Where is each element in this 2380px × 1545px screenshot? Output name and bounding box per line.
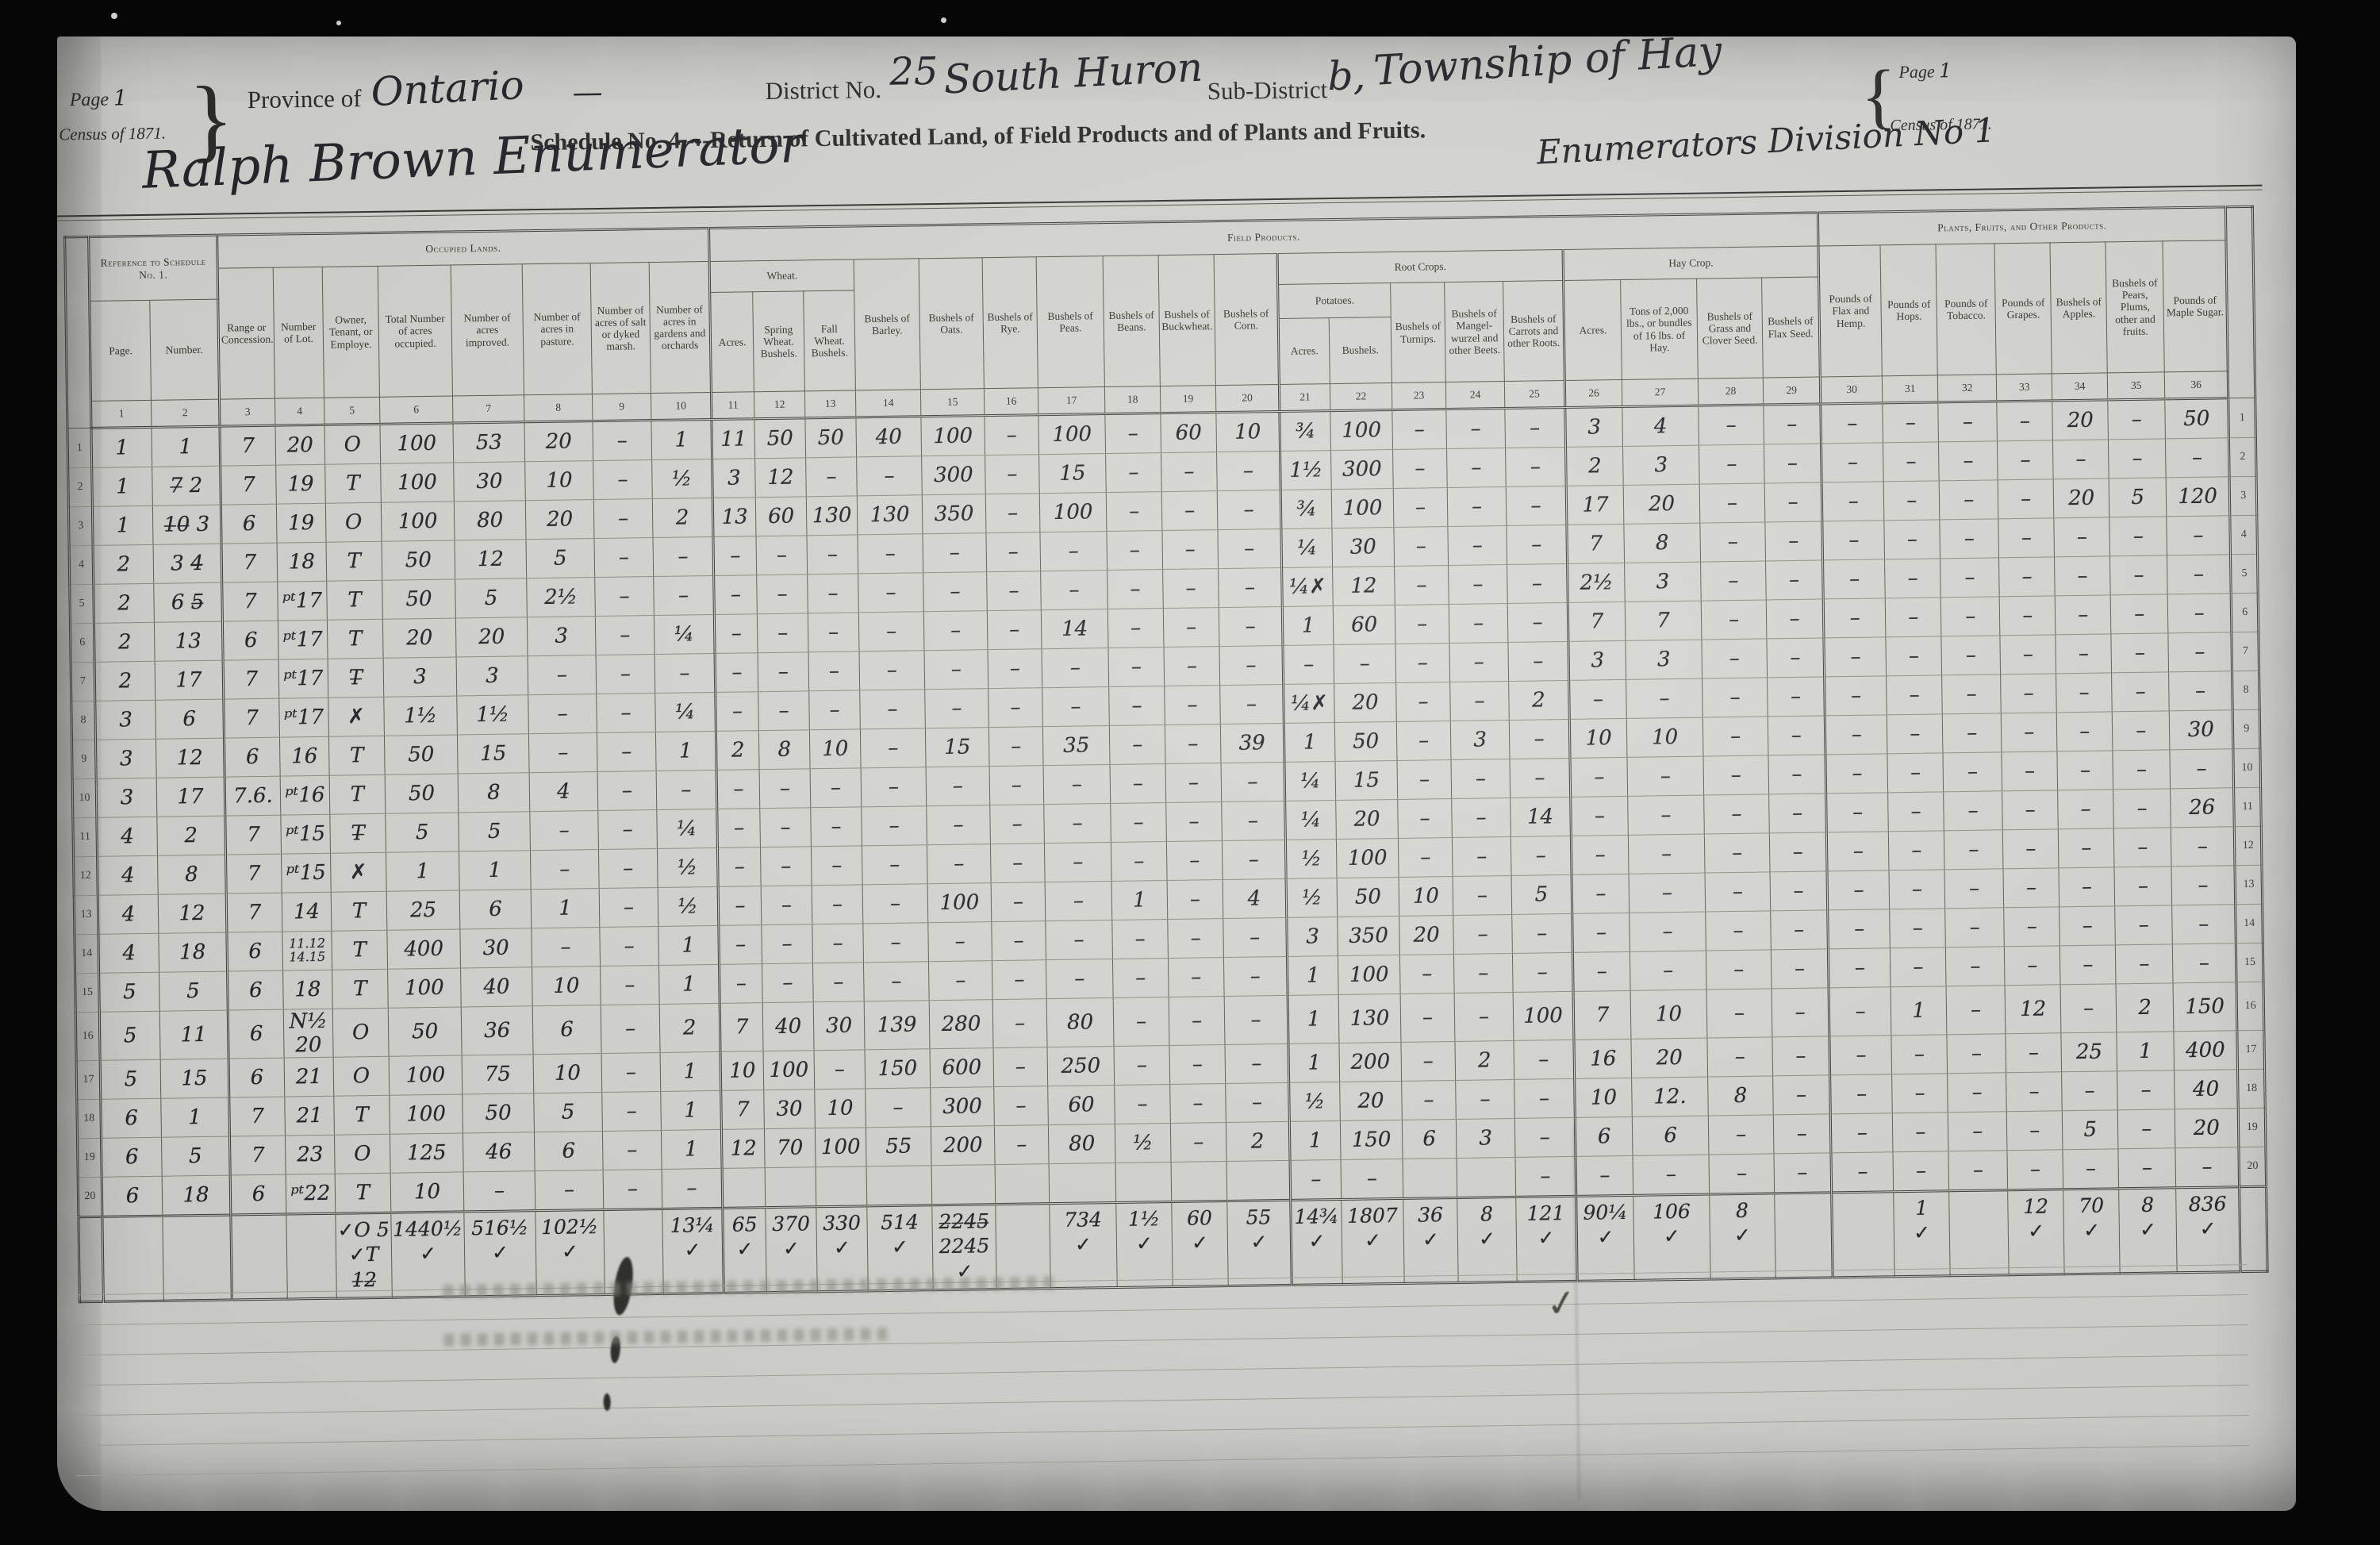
cell-col13: – (812, 924, 864, 963)
cell-col16: – (992, 921, 1046, 961)
cell-col5: ✗ (331, 852, 387, 892)
row-number-right: 1 (2228, 398, 2256, 437)
province-label: Province of (247, 84, 361, 114)
cell-col34: – (2059, 867, 2115, 907)
col-header-potato-acres: Acres. (1278, 318, 1330, 385)
cell-col11: – (716, 770, 760, 809)
cell-col9: – (602, 1130, 662, 1170)
cell-col5: T (325, 463, 382, 503)
cell-col33: – (2003, 829, 2059, 869)
cell-col32: – (1946, 986, 2006, 1035)
cell-col19: – (1166, 841, 1223, 881)
cell-col34: – (2053, 440, 2109, 479)
cell-col21: ½ (1289, 1082, 1341, 1122)
cell-col16: – (989, 766, 1044, 805)
cell-col18: – (1109, 725, 1165, 765)
cell-col22: 15 (1335, 760, 1398, 800)
cell-col1: 6 (101, 1137, 162, 1177)
cell-col27: 20 (1631, 1038, 1708, 1078)
cell-col5: T̶ (330, 813, 386, 853)
cell-col6: 10 (390, 1172, 464, 1213)
cell-col26: 6 (1575, 1116, 1633, 1156)
cell-col5: O (332, 1008, 389, 1057)
cell-col13: – (812, 885, 863, 924)
cell-col31: – (1887, 753, 1944, 793)
cell-col22: 60 (1333, 605, 1395, 644)
cell-col11: 10 (720, 1051, 764, 1091)
cell-col8: 3 (527, 617, 596, 656)
cell-col27: – (1630, 951, 1706, 990)
cell-col34: – (2055, 595, 2111, 635)
cell-col35: 1 (2117, 1032, 2175, 1071)
cell-col9: – (593, 421, 652, 461)
cell-col3: 7 (221, 543, 278, 582)
cell-col3: 6 (228, 970, 284, 1010)
cell-col25: – (1510, 758, 1571, 797)
cell-col8: – (535, 1170, 604, 1210)
col-header-hay-acres: Acres. (1564, 279, 1622, 380)
cell-col3: 6 (230, 1174, 286, 1215)
cell-col18: 1 (1111, 881, 1168, 920)
cell-col31: – (1888, 792, 1944, 832)
cell-col20: – (1222, 840, 1286, 879)
cell-col36: 20 (2175, 1109, 2239, 1148)
cell-col32: – (1942, 713, 2002, 753)
col-header-page: Page. (90, 300, 152, 401)
cell-col31: – (1883, 402, 1939, 443)
cell-col21: ½ (1286, 878, 1338, 918)
cell-col11: 13 (712, 498, 756, 537)
cell-col29: – (1771, 910, 1829, 950)
cell-col11: – (713, 536, 757, 576)
cell-col4: 18 (277, 542, 327, 582)
cell-col15: – (926, 767, 990, 806)
total-col36: 836 ✓ (2176, 1187, 2241, 1273)
cell-col23: – (1399, 954, 1454, 993)
cell-col10: 1 (655, 731, 716, 771)
cell-col18: – (1107, 531, 1163, 571)
cell-col7: 8 (458, 773, 530, 813)
col-header-pasture: Number of acres in pasture. (522, 263, 592, 395)
row-number-left: 8 (71, 701, 96, 740)
cell-col23: – (1400, 993, 1455, 1042)
cell-col22: 50 (1337, 877, 1399, 917)
cell-col20: 10 (1216, 411, 1280, 452)
cell-col17: 15 (1039, 454, 1107, 494)
cell-col21: 3 (1287, 917, 1338, 957)
cell-col16: – (988, 727, 1043, 767)
cell-col12: – (762, 924, 813, 964)
cell-col24: – (1450, 681, 1510, 721)
total-col25: 121 ✓ (1516, 1196, 1577, 1282)
cell-col6: 100 (388, 968, 462, 1008)
cell-col23: – (1396, 721, 1451, 761)
cell-col5: T (326, 541, 382, 581)
row-number-right: 19 (2238, 1108, 2266, 1147)
cell-col30: – (1823, 598, 1886, 638)
cell-col6: 20 (382, 618, 456, 658)
row-number-left: 15 (75, 973, 100, 1012)
cell-col5: T (334, 1095, 390, 1135)
cell-col25: – (1514, 1078, 1576, 1118)
col-header-lot: Number of Lot. (273, 267, 324, 398)
cell-col23: – (1396, 682, 1451, 722)
cell-col6: 50 (382, 540, 455, 580)
cell-col32: – (1948, 1112, 2007, 1151)
cell-col16: – (992, 960, 1046, 1000)
total-col5: ✓O 5 ✓T 1̶2̶ (336, 1213, 392, 1298)
cell-col35: – (2114, 867, 2172, 906)
cell-col15: – (923, 572, 988, 612)
column-number: 14 (855, 390, 920, 417)
cell-col15: – (927, 805, 991, 845)
column-number: 15 (920, 389, 984, 417)
cell-col19: 60 (1161, 413, 1217, 453)
cell-col33: – (2002, 790, 2059, 830)
cell-col1: 3 (95, 739, 156, 778)
cell-col36: – (2167, 516, 2231, 555)
cell-col31: – (1883, 442, 1940, 482)
cell-col27: – (1628, 834, 1705, 874)
cell-col30: – (1825, 715, 1887, 755)
cell-col1: 1 (91, 427, 152, 467)
cell-col29: – (1771, 949, 1829, 989)
cell-col22: 130 (1338, 993, 1401, 1043)
cell-col29: – (1769, 832, 1827, 872)
district-label: District No. (765, 75, 881, 106)
cell-col25: – (1507, 525, 1568, 564)
cell-col13: – (807, 535, 858, 575)
cell-col17: – (1045, 882, 1112, 921)
cell-col32: – (1942, 674, 2002, 714)
cell-col6: 400 (387, 929, 461, 969)
cell-col36: – (2167, 594, 2232, 633)
column-number: 8 (524, 394, 592, 422)
cell-col15: 600 (930, 1048, 994, 1088)
cell-col7: 3 (456, 656, 528, 696)
cell-col33: – (2006, 1033, 2062, 1073)
total-col17: 734 ✓ (1050, 1202, 1117, 1288)
cell-col24 (1457, 1157, 1516, 1197)
page-label-text: Page (70, 90, 109, 111)
cell-col32: – (1944, 830, 2004, 870)
col-header-concession: Range or Concession. (217, 267, 274, 399)
cell-col5: T (328, 736, 385, 775)
cell-col8: – (532, 928, 601, 967)
column-number: 32 (1938, 375, 1997, 402)
cell-col17: – (1044, 843, 1111, 882)
cell-col2: 11 (159, 1010, 228, 1059)
cell-col18: – (1112, 920, 1169, 959)
cell-col22: 20 (1340, 1081, 1403, 1120)
col-header-wheat-acres: Acres. (710, 292, 754, 393)
cell-col32: – (1945, 908, 2005, 947)
cell-col10: ¼ (654, 614, 715, 654)
cell-col21: 1½ (1280, 451, 1332, 490)
page-number-hw: 1 (113, 86, 128, 110)
cell-col34: – (2057, 751, 2113, 790)
cell-col31: – (1883, 481, 1940, 521)
cell-col36: – (2167, 555, 2232, 594)
cell-col26: 10 (1569, 718, 1627, 758)
cell-col9: – (601, 965, 660, 1005)
cell-col24: – (1447, 487, 1507, 527)
cell-col27: 3 (1623, 445, 1700, 485)
cell-col12: – (761, 886, 812, 925)
cell-col14: – (861, 767, 927, 807)
cell-col19: – (1163, 569, 1219, 609)
band-root-crops: Root Crops. (1277, 249, 1564, 284)
cell-col16: – (990, 805, 1045, 844)
cell-col29: – (1767, 638, 1825, 678)
cell-col19: – (1167, 880, 1223, 920)
cell-col15: 300 (931, 1087, 995, 1127)
cell-col28: – (1702, 717, 1768, 756)
cell-col28: – (1706, 911, 1772, 951)
row-number-right: 12 (2235, 826, 2263, 865)
cell-col26: – (1571, 796, 1629, 836)
cell-col7: 30 (460, 928, 532, 968)
row-number-left: 7 (71, 662, 95, 701)
cell-col7: 20 (455, 617, 528, 657)
cell-col16: – (986, 532, 1041, 572)
ruled-line (76, 1445, 2250, 1476)
cell-col7: 5 (455, 578, 528, 618)
cell-col10: – (654, 653, 716, 693)
township-hw: Township of Hay (1372, 37, 1723, 95)
row-number-left: 16 (75, 1012, 100, 1060)
cell-col25: – (1506, 486, 1567, 525)
cell-col4: 23 (285, 1135, 335, 1174)
cell-col14: 55 (866, 1127, 931, 1166)
row-number-right: 2 (2229, 437, 2257, 476)
col-header-potato-bushels: Bushels. (1329, 317, 1392, 384)
cell-col6: 50 (385, 774, 459, 813)
cell-col33: – (2004, 907, 2060, 947)
cell-col7: 50 (463, 1093, 535, 1133)
cell-col8: – (530, 811, 599, 851)
column-number: 9 (592, 394, 651, 421)
cell-col17: – (1040, 532, 1107, 571)
cell-col3: 7 (222, 582, 278, 621)
cell-col12: – (759, 769, 811, 809)
cell-col19 (1171, 1162, 1227, 1202)
cell-col10: 2 (659, 1003, 720, 1052)
cell-col1: 4 (98, 855, 159, 895)
cell-col14: – (862, 806, 927, 846)
cell-col4: 14 (282, 892, 332, 932)
row-number-right: 3 (2229, 476, 2257, 515)
cell-col19: – (1170, 1123, 1226, 1163)
cell-col10: 1 (658, 925, 720, 965)
cell-col22: – (1334, 644, 1396, 683)
row-number-right: 9 (2232, 709, 2260, 748)
column-number: 12 (754, 391, 804, 419)
cell-col32: – (1940, 558, 2000, 598)
cell-col11: – (717, 809, 761, 848)
column-number: 26 (1564, 379, 1622, 407)
cell-col21: 1 (1289, 1121, 1341, 1161)
col-header-fall-wheat: Fall Wheat. Bushels. (804, 290, 856, 391)
cell-col11: 12 (721, 1129, 765, 1169)
cell-col34: 5 (2062, 1110, 2118, 1150)
group-reference-schedule: Reference to Schedule No. 1. (89, 235, 218, 301)
cell-col1: 2 (94, 622, 155, 662)
cell-col7: 30 (454, 462, 526, 502)
cell-col19: – (1168, 919, 1224, 959)
cell-col28: – (1706, 989, 1772, 1038)
col-header-acres-occupied: Total Number of acres occupied. (378, 265, 452, 397)
district-name-hw: South Huron (942, 44, 1203, 103)
cell-col6: 100 (380, 423, 454, 463)
cell-col25: 100 (1513, 991, 1574, 1040)
cell-col15: 350 (922, 494, 986, 534)
cell-col11: – (718, 886, 762, 926)
cell-col29: – (1772, 988, 1829, 1037)
cell-col14: – (859, 651, 925, 690)
cell-col7: 15 (457, 734, 529, 774)
cell-col20: 39 (1220, 723, 1284, 763)
cell-col23: – (1397, 760, 1452, 800)
cell-col27: – (1627, 756, 1704, 796)
cell-col9: – (597, 771, 657, 811)
cell-col7: 1½ (457, 695, 529, 735)
cell-col19: – (1170, 1084, 1226, 1124)
cell-col32: – (1939, 480, 1998, 520)
page-label-left: Page 1 (69, 86, 127, 111)
cell-col17: – (1043, 765, 1111, 805)
row-number-left: 3 (68, 506, 93, 545)
cell-col16: – (992, 999, 1047, 1048)
cell-col25: – (1506, 447, 1567, 486)
cell-col8: – (530, 850, 599, 890)
cell-col30: – (1824, 637, 1887, 677)
col-header-grass-clover-seed: Bushels of Grass and Clover Seed. (1697, 278, 1764, 379)
cell-col30: – (1829, 948, 1891, 988)
cell-col34: – (2059, 828, 2115, 868)
cell-col12 (765, 1167, 816, 1208)
column-number: 16 (984, 388, 1038, 416)
cell-col13: 130 (806, 496, 858, 536)
cell-col16: – (990, 844, 1045, 883)
cell-col16: – (985, 455, 1040, 494)
subdistrict-letter-hw: b, (1327, 52, 1366, 99)
cell-col32: – (1948, 1151, 2008, 1191)
cell-col22: 100 (1338, 955, 1400, 994)
cell-col17: – (1044, 804, 1111, 844)
cell-col31: – (1893, 1151, 1949, 1192)
cell-col23: – (1395, 644, 1450, 683)
row-number-left: 11 (73, 817, 98, 856)
cell-col25: 5 (1511, 874, 1572, 914)
cell-col27: 3 (1625, 562, 1702, 601)
cell-col31: – (1886, 636, 1942, 676)
cell-col1: 2 (94, 583, 155, 623)
cell-col14: 150 (865, 1049, 931, 1089)
cell-col29: – (1770, 871, 1828, 911)
row-number-left: 13 (74, 895, 98, 934)
ruled-line (74, 1294, 2248, 1325)
cell-col22: 100 (1336, 838, 1399, 878)
cell-col14: – (858, 534, 923, 574)
cell-col11: 7 (720, 1003, 763, 1052)
cell-col4: ᵖᵗ17 (278, 620, 328, 659)
total-col22: 1807 ✓ (1342, 1198, 1404, 1284)
cell-col35: – (2117, 1109, 2175, 1149)
column-number: 30 (1821, 376, 1883, 404)
cell-col20: – (1226, 1082, 1290, 1122)
cell-col21: ¼ (1285, 801, 1337, 840)
cell-col26: 16 (1574, 1039, 1632, 1078)
cell-col23: 20 (1399, 915, 1454, 955)
cell-col5: ✗ (328, 697, 385, 736)
row-number-left: 10 (72, 778, 97, 817)
cell-col27: 12. (1632, 1077, 1709, 1116)
cell-col6: 100 (389, 1055, 463, 1095)
cell-col28: – (1702, 678, 1768, 717)
cell-col6: 100 (390, 1094, 463, 1134)
cell-col4: 20 (275, 425, 325, 465)
cell-col13: – (811, 846, 862, 886)
cell-col20: – (1222, 801, 1286, 840)
col-header-gardens: Number of acres in gardens and orchards (649, 262, 711, 394)
cell-col25: – (1512, 952, 1573, 992)
cell-col6: 5 (386, 813, 459, 852)
cell-col6: 50 (384, 735, 458, 774)
cell-col10: – (662, 1168, 723, 1209)
cell-col7: – (463, 1171, 535, 1212)
cell-col11: 3 (712, 459, 756, 498)
cell-col14: – (862, 845, 927, 885)
cell-col20: – (1224, 995, 1288, 1044)
cell-col22: – (1341, 1159, 1403, 1199)
column-number: 36 (2164, 371, 2228, 399)
cell-col2: 6 (155, 699, 225, 739)
cell-col36: 120 (2166, 477, 2230, 517)
cell-col19: – (1161, 452, 1218, 492)
cell-col21: 1 (1282, 606, 1334, 646)
cell-col13: – (808, 613, 859, 652)
cell-col31: – (1887, 714, 1943, 754)
cell-col1: 4 (97, 817, 158, 856)
page-number-hw-r: 1 (1939, 59, 1952, 82)
cell-col9: – (593, 499, 653, 539)
cell-col30: – (1821, 443, 1884, 482)
cell-col28: – (1705, 872, 1771, 912)
cell-col24: 2 (1455, 1040, 1514, 1080)
cell-col27: 10 (1626, 717, 1703, 757)
cell-col32: – (1946, 947, 2006, 986)
cell-col32: – (1943, 752, 2002, 792)
column-number: 28 (1698, 378, 1763, 405)
cell-col1: 2 (93, 544, 154, 584)
cell-col12: – (760, 808, 812, 847)
cell-col23: – (1398, 799, 1453, 839)
cell-col2: 3 4̶ (153, 544, 222, 583)
column-number: 29 (1763, 377, 1821, 405)
cell-col17: 100 (1039, 493, 1107, 532)
row-number-right: 10 (2233, 748, 2261, 787)
cell-col26: – (1572, 874, 1630, 913)
cell-col4: ᵖᵗ22 (286, 1174, 336, 1214)
cell-col33: – (1997, 401, 2053, 441)
cell-col17: – (1042, 648, 1109, 688)
column-number: 20 (1215, 384, 1279, 412)
cell-col22: 100 (1330, 410, 1393, 451)
cell-col35: – (2113, 750, 2171, 790)
cell-col4: N½ 20 (283, 1009, 333, 1058)
cell-col30: – (1825, 754, 1888, 794)
